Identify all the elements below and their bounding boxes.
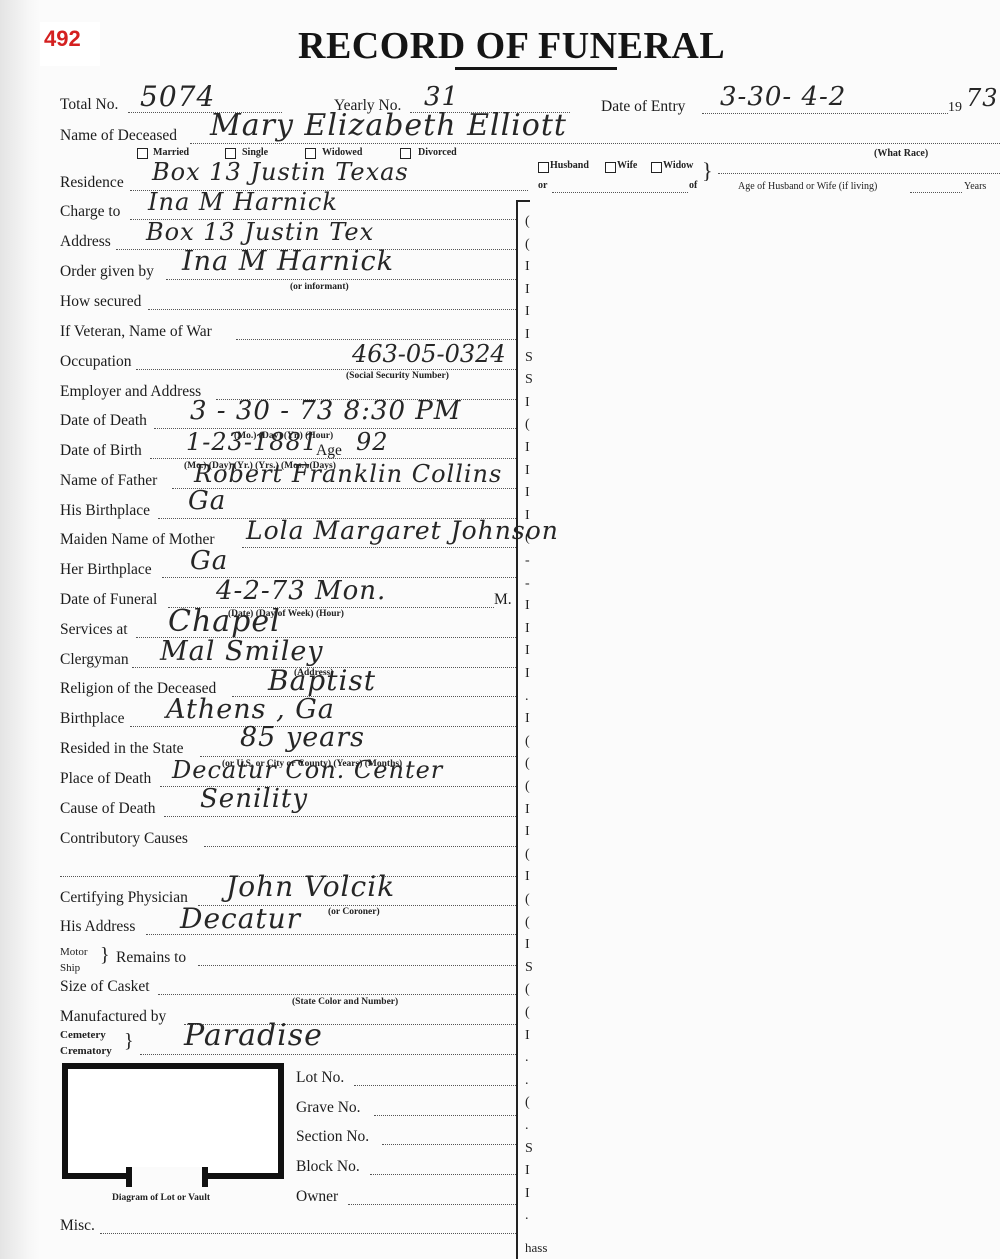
charge-to-value[interactable]: Ina M Harnick: [148, 188, 338, 216]
spouse-name-line: [552, 192, 688, 193]
total-no-label: Total No.: [60, 96, 118, 114]
age-value[interactable]: 92: [356, 428, 389, 456]
total-no-value[interactable]: 5074: [140, 80, 215, 113]
clergyman-value[interactable]: Mal Smiley: [160, 636, 324, 667]
meridiem-label: M.: [494, 591, 512, 609]
size-of-casket-label: Size of Casket: [60, 978, 150, 996]
right-column-glyph: (: [525, 237, 530, 253]
right-column-glyph: (: [525, 530, 530, 546]
social-security-value[interactable]: 463-05-0324: [352, 340, 506, 368]
title-underline: [455, 67, 617, 70]
right-column-glyph: .: [525, 1208, 529, 1224]
block-no-label: Block No.: [296, 1158, 360, 1176]
services-at-label: Services at: [60, 621, 128, 639]
right-column-glyph: .: [525, 1073, 529, 1089]
remains-to-line[interactable]: [198, 965, 516, 966]
right-column-glyph: -: [525, 553, 530, 569]
husband-checkbox[interactable]: [538, 162, 549, 173]
residence-label: Residence: [60, 174, 124, 192]
widow-label: Widow: [663, 160, 693, 171]
state-color-sublabel: (State Color and Number): [292, 997, 398, 1007]
lot-diagram-opening: [132, 1167, 202, 1179]
veteran-war-label: If Veteran, Name of War: [60, 323, 212, 341]
address-label: Address: [60, 233, 111, 251]
clergyman-label: Clergyman: [60, 651, 129, 669]
married-label: Married: [153, 147, 189, 158]
date-of-death-label: Date of Death: [60, 412, 147, 430]
spouse-brace: }: [702, 158, 713, 184]
crematory-label: Crematory: [60, 1045, 112, 1057]
right-column-glyph: I: [525, 802, 530, 818]
remains-to-label: Remains to: [116, 949, 186, 967]
his-birthplace-value[interactable]: Ga: [188, 486, 226, 516]
right-column-top-rule: [516, 200, 530, 202]
or-label: or: [538, 180, 547, 191]
place-of-death-value[interactable]: Decatur Con. Center: [172, 756, 443, 784]
lot-diagram-right-post: [202, 1167, 208, 1187]
name-of-deceased-label: Name of Deceased: [60, 127, 177, 145]
contributory-causes-line[interactable]: [204, 846, 516, 847]
right-column-glyph: I: [525, 869, 530, 885]
what-race-label: (What Race): [874, 148, 928, 159]
wife-label: Wife: [617, 160, 637, 171]
date-of-entry-label: Date of Entry: [601, 98, 685, 116]
owner-line[interactable]: [348, 1204, 516, 1205]
right-column-glyph: (: [525, 847, 530, 863]
right-column-glyph: I: [525, 327, 530, 343]
right-column-glyph: I: [525, 824, 530, 840]
employer-label: Employer and Address: [60, 383, 201, 401]
cemetery-line: [140, 1054, 516, 1055]
contributory-causes-label: Contributory Causes: [60, 830, 188, 848]
race-line: [718, 173, 1000, 174]
right-column-glyph: I: [525, 259, 530, 275]
date-of-birth-label: Date of Birth: [60, 442, 142, 460]
order-given-by-value[interactable]: Ina M Harnick: [182, 246, 394, 277]
right-column-glyph: I: [525, 1028, 530, 1044]
right-column-glyph: I: [525, 282, 530, 298]
right-column-glyph: I: [525, 621, 530, 637]
right-column-glyph: .: [525, 1050, 529, 1066]
occupation-label: Occupation: [60, 353, 131, 371]
single-label: Single: [242, 147, 268, 158]
right-column-divider: [516, 200, 518, 1259]
address-value[interactable]: Box 13 Justin Tex: [146, 218, 374, 246]
father-name-label: Name of Father: [60, 472, 157, 490]
father-name-value[interactable]: Robert Franklin Collins: [194, 460, 502, 488]
his-address-value[interactable]: Decatur: [180, 902, 301, 935]
date-of-birth-value[interactable]: 1-23-1881: [186, 428, 318, 456]
right-column-glyph: (: [525, 734, 530, 750]
husband-label: Husband: [550, 160, 589, 171]
owner-label: Owner: [296, 1188, 338, 1206]
age-spouse-label: Age of Husband or Wife (if living): [738, 181, 877, 192]
record-number-stamp: 492: [40, 22, 100, 66]
right-column-glyph: I: [525, 485, 530, 501]
motor-ship-brace: }: [100, 944, 110, 967]
right-column-glyph: I: [525, 598, 530, 614]
right-column-glyph: I: [525, 937, 530, 953]
right-column-glyph: (: [525, 756, 530, 772]
date-of-funeral-label: Date of Funeral: [60, 591, 157, 609]
certifying-physician-label: Certifying Physician: [60, 889, 188, 907]
birthplace-label: Birthplace: [60, 710, 125, 728]
misc-line[interactable]: [100, 1233, 516, 1234]
order-given-by-label: Order given by: [60, 263, 154, 281]
manufactured-by-label: Manufactured by: [60, 1008, 166, 1026]
resided-in-state-value[interactable]: 85 years: [240, 722, 365, 753]
age-label: Age: [316, 442, 342, 460]
name-of-deceased-line: [190, 143, 1000, 144]
years-label: Years: [964, 181, 986, 192]
divorced-label: Divorced: [418, 147, 457, 158]
lot-no-line[interactable]: [354, 1085, 516, 1086]
wife-checkbox[interactable]: [605, 162, 616, 173]
right-column-glyph: (: [525, 1095, 530, 1111]
grave-no-label: Grave No.: [296, 1099, 361, 1117]
right-column-glyph: .: [525, 689, 529, 705]
misc-label: Misc.: [60, 1217, 95, 1235]
date-of-entry-value[interactable]: 3-30- 4-2: [720, 82, 846, 112]
birthplace-value[interactable]: Athens , Ga: [166, 694, 335, 725]
cause-of-death-value[interactable]: Senility: [200, 784, 308, 814]
widowed-label: Widowed: [322, 147, 362, 158]
right-column-glyph: (: [525, 1005, 530, 1021]
lot-no-label: Lot No.: [296, 1069, 344, 1087]
resided-in-state-label: Resided in the State: [60, 740, 184, 758]
section-no-line[interactable]: [382, 1144, 516, 1145]
right-column-glyph: S: [525, 1141, 533, 1157]
certifying-physician-value[interactable]: John Volcik: [226, 870, 395, 903]
how-secured-label: How secured: [60, 293, 141, 311]
mother-maiden-name-line: [242, 547, 516, 548]
year-prefix: 19: [948, 100, 962, 116]
block-no-line[interactable]: [370, 1174, 516, 1175]
right-column-glyph: I: [525, 711, 530, 727]
grave-no-line[interactable]: [374, 1115, 516, 1116]
how-secured-line[interactable]: [148, 309, 516, 310]
name-of-deceased-value[interactable]: Mary Elizabeth Elliott: [210, 108, 567, 143]
his-address-label: His Address: [60, 918, 135, 936]
charge-to-label: Charge to: [60, 203, 120, 221]
right-column-glyph: I: [525, 508, 530, 524]
right-column-glyph: S: [525, 350, 533, 366]
record-number: 492: [44, 26, 81, 52]
right-column-glyph: (: [525, 417, 530, 433]
date-of-funeral-value[interactable]: 4-2-73 Mon.: [216, 576, 386, 606]
right-column-glyph: (: [525, 779, 530, 795]
right-column-glyph: I: [525, 395, 530, 411]
of-label: of: [689, 180, 697, 191]
residence-value[interactable]: Box 13 Justin Texas: [152, 158, 409, 186]
year-value[interactable]: 73: [966, 84, 999, 112]
services-at-value[interactable]: Chapel: [168, 604, 281, 639]
right-column-glyph: (: [525, 892, 530, 908]
mother-maiden-name-value[interactable]: Lola Margaret Johnson: [246, 516, 559, 545]
size-of-casket-line[interactable]: [158, 994, 516, 995]
her-birthplace-value[interactable]: Ga: [190, 546, 228, 576]
cause-of-death-label: Cause of Death: [60, 800, 156, 818]
right-column-bottom-text: hass: [525, 1240, 547, 1256]
lot-diagram-box: [62, 1063, 284, 1179]
section-no-label: Section No.: [296, 1128, 369, 1146]
date-of-death-value[interactable]: 3 - 30 - 73 8:30 PM: [190, 396, 461, 426]
order-given-by-line: [166, 279, 516, 280]
right-column-glyph: I: [525, 643, 530, 659]
cause-of-death-line: [164, 816, 516, 817]
coroner-sublabel: (or Coroner): [328, 907, 380, 917]
cemetery-value[interactable]: Paradise: [184, 1018, 323, 1053]
diagram-caption: Diagram of Lot or Vault: [112, 1193, 210, 1203]
page-title: RECORD OF FUNERAL: [298, 24, 725, 68]
cemetery-brace: }: [124, 1030, 134, 1053]
lot-diagram-left-post: [126, 1167, 132, 1187]
her-birthplace-label: Her Birthplace: [60, 561, 152, 579]
right-column-glyph: (: [525, 915, 530, 931]
cemetery-label: Cemetery: [60, 1029, 106, 1041]
right-column-glyph: (: [525, 982, 530, 998]
occupation-line: [136, 369, 516, 370]
right-column-glyph: I: [525, 463, 530, 479]
age-spouse-line: [910, 192, 962, 193]
religion-value[interactable]: Baptist: [268, 664, 376, 697]
page-edge-shadow: [0, 0, 40, 1259]
married-checkbox[interactable]: [137, 148, 148, 159]
date-of-entry-line: [702, 113, 948, 114]
right-column-glyph: .: [525, 1118, 529, 1134]
right-column-glyph: I: [525, 1163, 530, 1179]
motor-label: Motor: [60, 946, 88, 958]
right-column-glyph: S: [525, 372, 533, 388]
place-of-death-label: Place of Death: [60, 770, 151, 788]
right-column-glyph: I: [525, 304, 530, 320]
ship-label: Ship: [60, 962, 80, 974]
social-security-sublabel: (Social Security Number): [346, 371, 449, 381]
right-column-glyph: I: [525, 1186, 530, 1202]
right-column-glyph: -: [525, 576, 530, 592]
informant-sublabel: (or informant): [290, 282, 349, 292]
right-column-glyph: S: [525, 960, 533, 976]
right-column-glyph: I: [525, 666, 530, 682]
widow-checkbox[interactable]: [651, 162, 662, 173]
his-birthplace-label: His Birthplace: [60, 502, 150, 520]
right-column-glyph: I: [525, 440, 530, 456]
right-column-glyph: (: [525, 214, 530, 230]
